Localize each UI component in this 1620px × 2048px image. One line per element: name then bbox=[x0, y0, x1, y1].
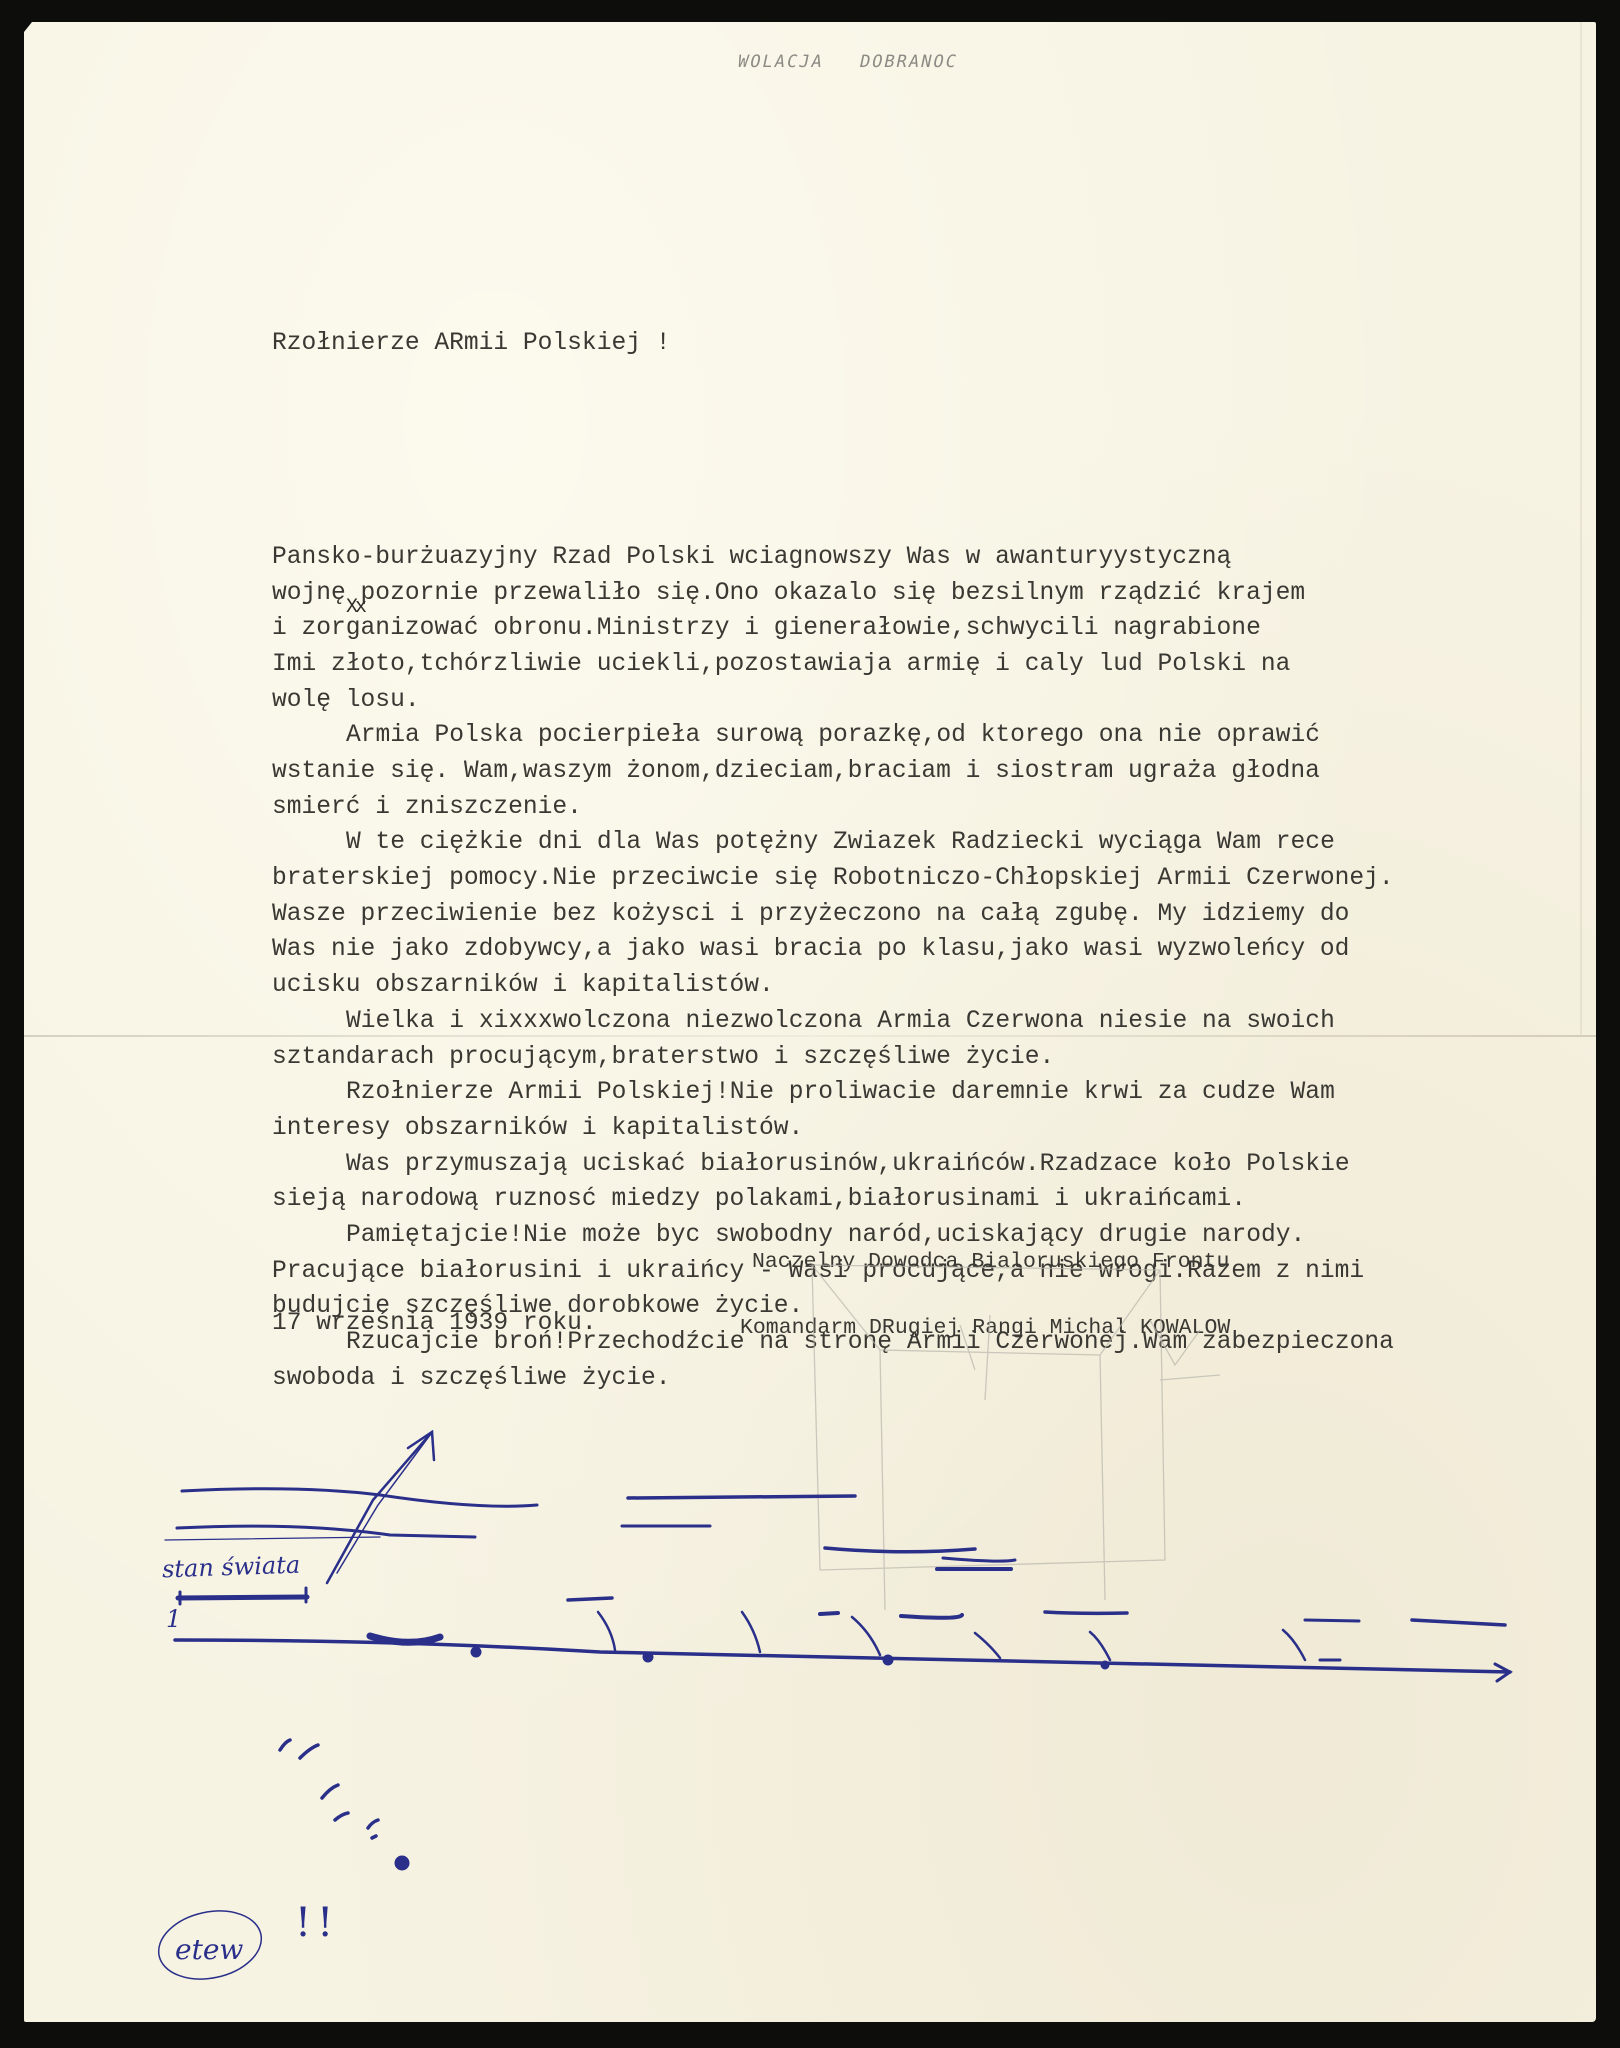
handwritten-circled-word: etew bbox=[175, 1933, 243, 1966]
ink-diagram bbox=[152, 1432, 1510, 1988]
pencil-sketch bbox=[812, 1265, 1220, 1610]
handwritten-number: 1 bbox=[166, 1605, 181, 1633]
handwritten-exclamation: !! bbox=[295, 1900, 339, 1946]
handwritten-label: stan świata bbox=[162, 1551, 301, 1584]
handwritten-sketch bbox=[0, 0, 1620, 2048]
